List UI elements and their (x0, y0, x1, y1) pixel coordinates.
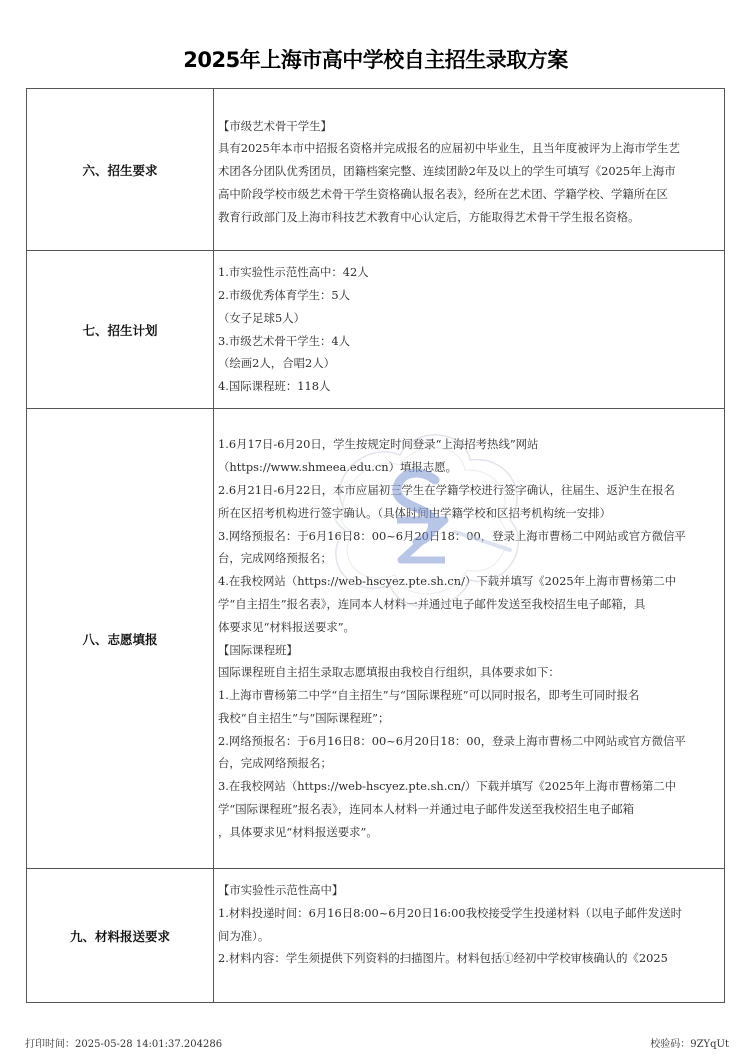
text-line: 2.网络预报名：于6月16日8：00~6月20日18：00，登录上海市曹杨二中网… (218, 730, 718, 753)
url-line: 4.在我校网站（https://web-hscyez.pte.sh.cn/）下载… (218, 570, 718, 593)
text-line: ，具体要求见“材料报送要求”。 (218, 821, 718, 844)
text-line: 1.上海市曹杨第二中学“自主招生”与“国际课程班”可以同时报名，即考生可同时报名 (218, 684, 718, 707)
list-item: 3.市级艺术骨干学生：4人 (218, 330, 718, 353)
list-item: 4.国际课程班：118人 (218, 375, 718, 398)
text-line: 国际课程班自主招生录取志愿填报由我校自行组织，具体要求如下： (218, 661, 718, 684)
text-line: 我校“自主招生”与“国际课程班”； (218, 707, 718, 730)
text-line: 间为准）。 (218, 925, 718, 948)
text-line: 体要求见“材料报送要求”。 (218, 616, 718, 639)
text-line: 2.材料内容：学生须提供下列资料的扫描图片。材料包括①经初中学校审核确认的《20… (218, 947, 718, 970)
subheading: 【国际课程班】 (218, 639, 718, 662)
list-item: 1.市实验性示范性高中：42人 (218, 261, 718, 284)
section-label: 九、材料报送要求 (27, 869, 214, 1003)
text-line: 3.网络预报名：于6月16日8：00~6月20日18：00，登录上海市曹杨二中网… (218, 525, 718, 548)
section-label: 七、招生计划 (27, 251, 214, 409)
section-label: 六、招生要求 (27, 89, 214, 251)
url-line: （https://www.shmeea.edu.cn）填报志愿。 (218, 456, 718, 479)
subheading: 【市实验性示范性高中】 (218, 879, 718, 902)
list-item: 2.市级优秀体育学生：5人 (218, 284, 718, 307)
text-line: 学“自主招生”报名表》，连同本人材料一并通过电子邮件发送至我校招生电子邮箱，具 (218, 593, 718, 616)
section-label: 八、志愿填报 (27, 409, 214, 869)
text-line: 1.6月17日-6月20日，学生按规定时间登录“上海招考热线”网站 (218, 433, 718, 456)
admission-plan-table: 六、招生要求 【市级艺术骨干学生】 具有2025年本市中招报名资格并完成报名的应… (26, 88, 725, 1003)
print-time: 打印时间：2025-05-28 14:01:37.204286 (25, 1035, 222, 1050)
table-row-enrollment-plan: 七、招生计划 1.市实验性示范性高中：42人 2.市级优秀体育学生：5人 （女子… (27, 251, 725, 409)
document-title: 2025年上海市高中学校自主招生录取方案 (0, 44, 751, 74)
text-line: 2.6月21日-6月22日，本市应届初三学生在学籍学校进行签字确认，往届生、返沪… (218, 479, 718, 502)
text-line: 1.材料投递时间：6月16日8:00~6月20日16:00我校接受学生投递材料（… (218, 902, 718, 925)
section-content: 【市级艺术骨干学生】 具有2025年本市中招报名资格并完成报名的应届初中毕业生，… (214, 89, 725, 251)
text-line: 术团各分团队优秀团员，团籍档案完整、连续团龄2年及以上的学生可填写《2025年上… (218, 160, 718, 183)
text-line: 具有2025年本市中招报名资格并完成报名的应届初中毕业生，且当年度被评为上海市学… (218, 137, 718, 160)
section-content: 1.市实验性示范性高中：42人 2.市级优秀体育学生：5人 （女子足球5人） 3… (214, 251, 725, 409)
text-line: 学“国际课程班”报名表》，连同本人材料一并通过电子邮件发送至我校招生电子邮箱 (218, 798, 718, 821)
subheading: 【市级艺术骨干学生】 (218, 115, 718, 138)
url-line: 3.在我校网站（https://web-hscyez.pte.sh.cn/）下载… (218, 775, 718, 798)
text-line: 台，完成网络预报名； (218, 547, 718, 570)
text-line: 高中阶段学校市级艺术骨干学生资格确认报名表》，经所在艺术团、学籍学校、学籍所在区 (218, 183, 718, 206)
text-line: 所在区招考机构进行签字确认。（具体时间由学籍学校和区招考机构统一安排） (218, 502, 718, 525)
table-row-application: 八、志愿填报 1.6月17日-6月20日，学生按规定时间登录“上海招考热线”网站… (27, 409, 725, 869)
list-item-note: （女子足球5人） (218, 307, 718, 330)
text-line: 台，完成网络预报名； (218, 752, 718, 775)
table-row-requirements: 六、招生要求 【市级艺术骨干学生】 具有2025年本市中招报名资格并完成报名的应… (27, 89, 725, 251)
section-content: 【市实验性示范性高中】 1.材料投递时间：6月16日8:00~6月20日16:0… (214, 869, 725, 1003)
table-row-materials: 九、材料报送要求 【市实验性示范性高中】 1.材料投递时间：6月16日8:00~… (27, 869, 725, 1003)
section-content: 1.6月17日-6月20日，学生按规定时间登录“上海招考热线”网站 （https… (214, 409, 725, 869)
list-item-note: （绘画2人，合唱2人） (218, 352, 718, 375)
checksum: 校验码：9ZYqUt (650, 1035, 729, 1050)
text-line: 教育行政部门及上海市科技艺术教育中心认定后，方能取得艺术骨干学生报名资格。 (218, 206, 718, 229)
